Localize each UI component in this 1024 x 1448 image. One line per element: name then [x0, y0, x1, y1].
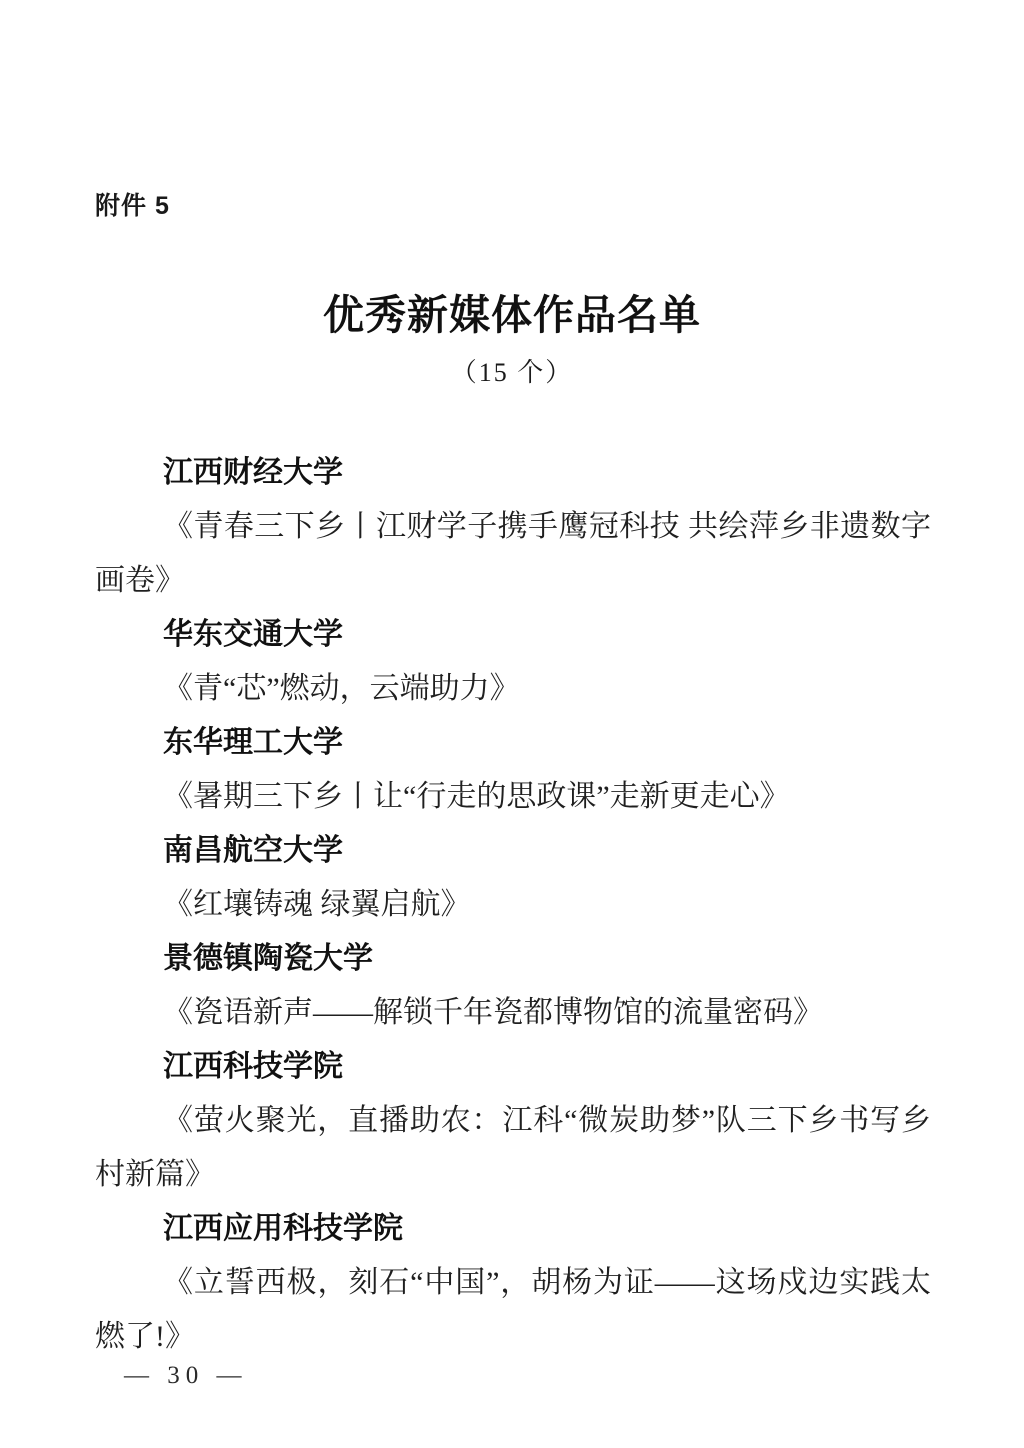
document-page: 附件 5 优秀新媒体作品名单 （15 个） 江西财经大学《青春三下乡丨江财学子携… — [0, 0, 1024, 1448]
page-number: — 30 — — [124, 1362, 248, 1390]
list-item: 江西财经大学《青春三下乡丨江财学子携手鹰冠科技 共绘萍乡非遗数字画卷》 — [95, 446, 931, 608]
university-name: 江西应用科技学院 — [95, 1202, 931, 1256]
work-title-line: 《青“芯”燃动，云端助力》 — [95, 662, 931, 716]
university-name: 华东交通大学 — [95, 608, 931, 662]
work-title-line: 《青春三下乡丨江财学子携手鹰冠科技 共绘萍乡非遗数字 — [95, 500, 931, 554]
work-title-line: 《红壤铸魂 绿翼启航》 — [95, 878, 931, 932]
list-item: 景德镇陶瓷大学《瓷语新声——解锁千年瓷都博物馆的流量密码》 — [95, 932, 931, 1040]
work-title-line: 燃了!》 — [95, 1310, 931, 1364]
list-item: 江西应用科技学院《立誓西极，刻石“中国”，胡杨为证——这场戍边实践太燃了!》 — [95, 1202, 931, 1364]
work-title-line: 《萤火聚光，直播助农：江科“微炭助梦”队三下乡书写乡 — [95, 1094, 931, 1148]
university-name: 南昌航空大学 — [95, 824, 931, 878]
work-title-line: 《瓷语新声——解锁千年瓷都博物馆的流量密码》 — [95, 986, 931, 1040]
document-title: 优秀新媒体作品名单 — [0, 282, 1024, 341]
attachment-label: 附件 5 — [95, 186, 170, 222]
work-title-line: 村新篇》 — [95, 1148, 931, 1202]
university-name: 东华理工大学 — [95, 716, 931, 770]
work-title-line: 《立誓西极，刻石“中国”，胡杨为证——这场戍边实践太 — [95, 1256, 931, 1310]
university-name: 江西科技学院 — [95, 1040, 931, 1094]
work-title-line: 画卷》 — [95, 554, 931, 608]
list-item: 南昌航空大学《红壤铸魂 绿翼启航》 — [95, 824, 931, 932]
item-count-note: （15 个） — [0, 352, 1024, 389]
works-list: 江西财经大学《青春三下乡丨江财学子携手鹰冠科技 共绘萍乡非遗数字画卷》华东交通大… — [95, 446, 931, 1364]
work-title-line: 《暑期三下乡丨让“行走的思政课”走新更走心》 — [95, 770, 931, 824]
list-item: 东华理工大学《暑期三下乡丨让“行走的思政课”走新更走心》 — [95, 716, 931, 824]
university-name: 景德镇陶瓷大学 — [95, 932, 931, 986]
university-name: 江西财经大学 — [95, 446, 931, 500]
list-item: 华东交通大学《青“芯”燃动，云端助力》 — [95, 608, 931, 716]
list-item: 江西科技学院《萤火聚光，直播助农：江科“微炭助梦”队三下乡书写乡村新篇》 — [95, 1040, 931, 1202]
